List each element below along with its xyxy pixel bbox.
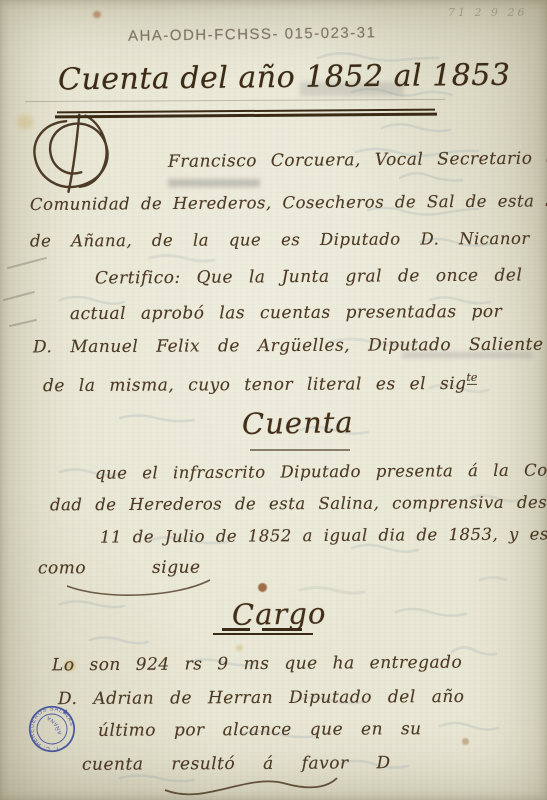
ink-stain [93,11,101,18]
graphite-smudge [168,179,260,187]
title-guide-line [25,99,445,102]
ink-stain [258,583,267,592]
intro-line-1: Francisco Corcuera, Vocal Secretario de … [168,148,547,172]
flourish-under-cuenta-word [155,772,355,800]
intro-line-3: de Añana, de la que es Diputado D. Nican… [30,228,547,250]
section-heading-cargo: Cargo [232,596,327,632]
cargo-line-2: D. Adrian de Herran Diputado del año [58,687,465,709]
archival-code-note: AHA-ODH-FCHSS- 015-023-31 [128,24,377,44]
cargo-underline-main [213,633,313,635]
drop-cap-ornament [22,102,152,203]
intro-line-2: Comunidad de Herederos, Cosecheros de Sa… [30,191,547,214]
certify-line-2: actual aprobó las cuentas presentadas po… [70,302,502,324]
manuscript-page: AHA-ODH-FCHSS- 015-023-31 71 2 9 26 Cuen… [0,0,547,800]
cargo-underline-dash-1 [222,628,250,631]
certify-line-1: Certifico: Que la Junta gral de once del [95,266,523,289]
certify-line-4-superscript: te [466,371,477,385]
corner-pencil-note: 71 2 9 26 [448,6,527,19]
certify-line-4: de la misma, cuyo tenor literal es el si… [43,371,478,396]
cuenta-line-2: dad de Herederos de esta Salina, compren… [50,493,547,515]
cargo-line-1: Lo son 924 rs 9 ms que ha entregado [52,653,462,676]
paper-stain [462,738,469,745]
certify-line-3: D. Manuel Felix de Argüelles, Diputado S… [33,335,544,358]
page-title: Cuenta del año 1852 al 1853 [58,58,511,98]
cuenta-line-1: que el infrascrito Diputado presenta á l… [95,460,547,483]
stamp-ornament-square [63,710,67,714]
cargo-line-3: último por alcance que en su [98,719,422,741]
certify-line-4-text: de la misma, cuyo tenor literal es el si… [43,374,467,396]
cargo-underline-dash-2 [262,628,302,631]
cuenta-line-3: 11 de Julio de 1852 a igual dia de 1853,… [100,524,547,546]
flourish-under-como-sigue [55,574,240,600]
section-heading-cuenta: Cuenta [242,405,354,441]
paper-stain [236,645,243,651]
cuenta-underline [250,449,350,451]
